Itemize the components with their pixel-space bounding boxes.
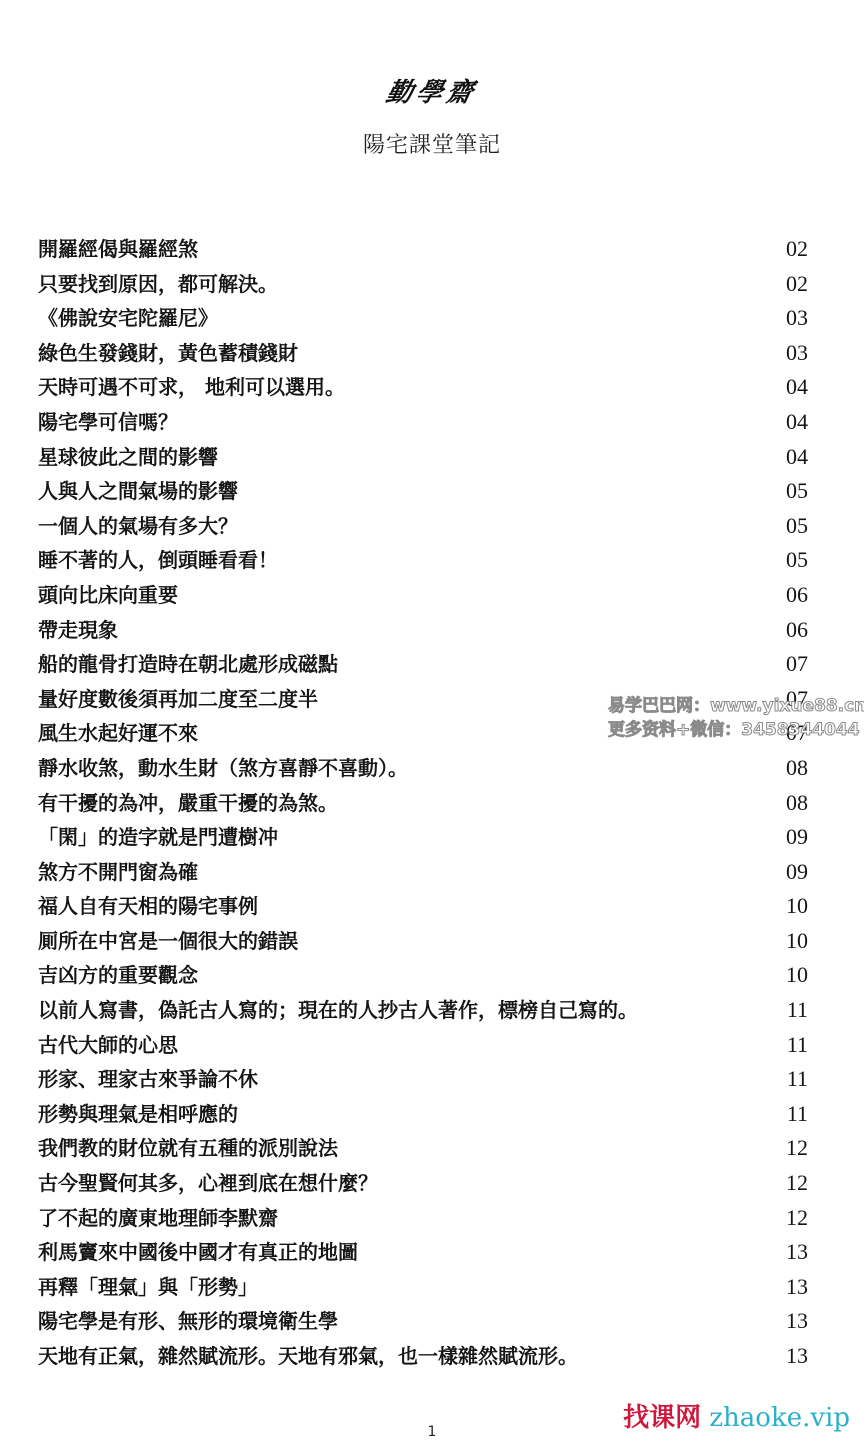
toc-entry-page: 06 [786,613,808,648]
toc-entry: 帶走現象06 [38,613,818,648]
toc-entry: 陽宅學是有形、無形的環境衛生學13 [38,1304,818,1339]
toc-entry: 綠色生發錢財，黃色蓄積錢財03 [38,336,818,371]
toc-entry: 我們教的財位就有五種的派別說法12 [38,1131,818,1166]
toc-entry-page: 12 [786,1201,808,1236]
toc-entry: 頭向比床向重要06 [38,578,818,613]
toc-entry: 利馬竇來中國後中國才有真正的地圖13 [38,1235,818,1270]
toc-entry: 福人自有天相的陽宅事例10 [38,889,818,924]
toc-entry-page: 03 [786,301,808,336]
toc-entry-page: 07 [786,647,808,682]
toc-entry-title: 吉凶方的重要觀念 [38,958,198,993]
toc-entry-page: 09 [786,820,808,855]
toc-entry: 只要找到原因，都可解決。02 [38,267,818,302]
toc-entry: 船的龍骨打造時在朝北處形成磁點07 [38,647,818,682]
toc-entry-title: 開羅經偈與羅經煞 [38,232,198,267]
toc-entry-page: 06 [786,578,808,613]
toc-entry: 人與人之間氣場的影響05 [38,474,818,509]
toc-entry: 煞方不開門窗為確09 [38,855,818,890]
toc-entry-page: 11 [787,1062,808,1097]
toc-entry: 形勢與理氣是相呼應的11 [38,1097,818,1132]
toc-entry-title: 帶走現象 [38,613,118,648]
toc-entry-page: 10 [786,958,808,993]
site-logo-cn: 找课网 [623,1403,701,1433]
toc-entry-title: 利馬竇來中國後中國才有真正的地圖 [38,1235,358,1270]
toc-entry: 一個人的氣場有多大？05 [38,509,818,544]
toc-entry-title: 天時可遇不可求， 地利可以選用。 [38,370,345,405]
toc-entry-page: 05 [786,543,808,578]
toc-entry-page: 11 [787,993,808,1028]
toc-entry: 陽宅學可信嗎？04 [38,405,818,440]
toc-entry-title: 了不起的廣東地理師李默齋 [38,1201,278,1236]
toc-entry-page: 03 [786,336,808,371]
watermark-line-1: 易学巴巴网：www.yixue88.cn [608,694,864,718]
toc-entry: 「閑」的造字就是門遭樹冲09 [38,820,818,855]
toc-entry: 吉凶方的重要觀念10 [38,958,818,993]
toc-entry-title: 「閑」的造字就是門遭樹冲 [38,820,278,855]
watermark: 易学巴巴网：www.yixue88.cn 更多资料+微信：3458344044 [608,694,864,742]
toc-entry-title: 《佛說安宅陀羅尼》 [38,301,218,336]
toc-entry: 睡不著的人，倒頭睡看看！05 [38,543,818,578]
toc-entry-title: 睡不著的人，倒頭睡看看！ [38,543,278,578]
toc-entry-page: 12 [786,1131,808,1166]
toc-entry: 天地有正氣，雜然賦流形。天地有邪氣，也一樣雜然賦流形。13 [38,1339,818,1374]
toc-entry: 星球彼此之間的影響04 [38,440,818,475]
toc-entry-title: 福人自有天相的陽宅事例 [38,889,258,924]
toc-entry-title: 以前人寫書，偽託古人寫的；現在的人抄古人著作，標榜自己寫的。 [38,993,638,1028]
toc-entry-page: 10 [786,889,808,924]
toc-entry-title: 陽宅學是有形、無形的環境衛生學 [38,1304,338,1339]
toc-entry: 靜水收煞，動水生財（煞方喜靜不喜動）。08 [38,751,818,786]
toc-entry-page: 10 [786,924,808,959]
toc-entry-title: 一個人的氣場有多大？ [38,509,238,544]
toc-entry: 再釋「理氣」與「形勢」13 [38,1270,818,1305]
toc-entry-page: 11 [787,1028,808,1063]
toc-entry-title: 風生水起好運不來 [38,716,198,751]
site-logo: 找课网 zhaoke.vip [623,1397,850,1434]
toc-entry: 天時可遇不可求， 地利可以選用。04 [38,370,818,405]
brand-calligraphy: 勤學齋 [0,72,864,109]
watermark-line-2: 更多资料+微信：3458344044 [608,718,864,742]
document-title: 陽宅課堂筆記 [0,128,864,159]
toc-entry-title: 靜水收煞，動水生財（煞方喜靜不喜動）。 [38,751,408,786]
toc-entry: 厠所在中宮是一個很大的錯誤10 [38,924,818,959]
toc-entry-page: 02 [786,232,808,267]
toc-entry-title: 船的龍骨打造時在朝北處形成磁點 [38,647,338,682]
toc-entry-title: 只要找到原因，都可解決。 [38,267,278,302]
toc-entry: 《佛說安宅陀羅尼》03 [38,301,818,336]
toc-entry: 古代大師的心思11 [38,1028,818,1063]
toc-entry-page: 12 [786,1166,808,1201]
toc-entry-page: 08 [786,786,808,821]
toc-entry-page: 13 [786,1339,808,1374]
toc-entry-title: 陽宅學可信嗎？ [38,405,178,440]
toc-entry-page: 13 [786,1235,808,1270]
toc-entry-title: 我們教的財位就有五種的派別說法 [38,1131,338,1166]
toc-entry-title: 煞方不開門窗為確 [38,855,198,890]
toc-entry: 開羅經偈與羅經煞02 [38,232,818,267]
toc-entry-title: 再釋「理氣」與「形勢」 [38,1270,258,1305]
toc-entry: 有干擾的為冲，嚴重干擾的為煞。08 [38,786,818,821]
toc-entry-title: 綠色生發錢財，黃色蓄積錢財 [38,336,298,371]
toc-entry-page: 04 [786,405,808,440]
toc-entry-title: 天地有正氣，雜然賦流形。天地有邪氣，也一樣雜然賦流形。 [38,1339,578,1374]
toc-entry-title: 古今聖賢何其多，心裡到底在想什麼？ [38,1166,378,1201]
toc-entry-page: 02 [786,267,808,302]
toc-entry: 了不起的廣東地理師李默齋12 [38,1201,818,1236]
toc-entry-page: 04 [786,370,808,405]
toc-entry-title: 形家、理家古來爭論不休 [38,1062,258,1097]
toc-entry-title: 量好度數後須再加二度至二度半 [38,682,318,717]
toc-entry-title: 有干擾的為冲，嚴重干擾的為煞。 [38,786,338,821]
toc-entry-title: 頭向比床向重要 [38,578,178,613]
toc-entry-page: 05 [786,474,808,509]
toc-entry-page: 11 [787,1097,808,1132]
toc-entry-title: 星球彼此之間的影響 [38,440,218,475]
toc-entry-title: 人與人之間氣場的影響 [38,474,238,509]
toc-entry: 古今聖賢何其多，心裡到底在想什麼？12 [38,1166,818,1201]
toc-entry: 形家、理家古來爭論不休11 [38,1062,818,1097]
toc-entry: 以前人寫書，偽託古人寫的；現在的人抄古人著作，標榜自己寫的。11 [38,993,818,1028]
toc-entry-page: 09 [786,855,808,890]
site-logo-en: zhaoke.vip [709,1403,850,1433]
toc-entry-page: 05 [786,509,808,544]
toc-entry-title: 古代大師的心思 [38,1028,178,1063]
toc-entry-page: 08 [786,751,808,786]
toc-entry-page: 13 [786,1270,808,1305]
toc-entry-title: 形勢與理氣是相呼應的 [38,1097,238,1132]
table-of-contents: 開羅經偈與羅經煞02只要找到原因，都可解決。02《佛說安宅陀羅尼》03綠色生發錢… [38,232,818,1374]
toc-entry-title: 厠所在中宮是一個很大的錯誤 [38,924,298,959]
toc-entry-page: 13 [786,1304,808,1339]
toc-entry-page: 04 [786,440,808,475]
